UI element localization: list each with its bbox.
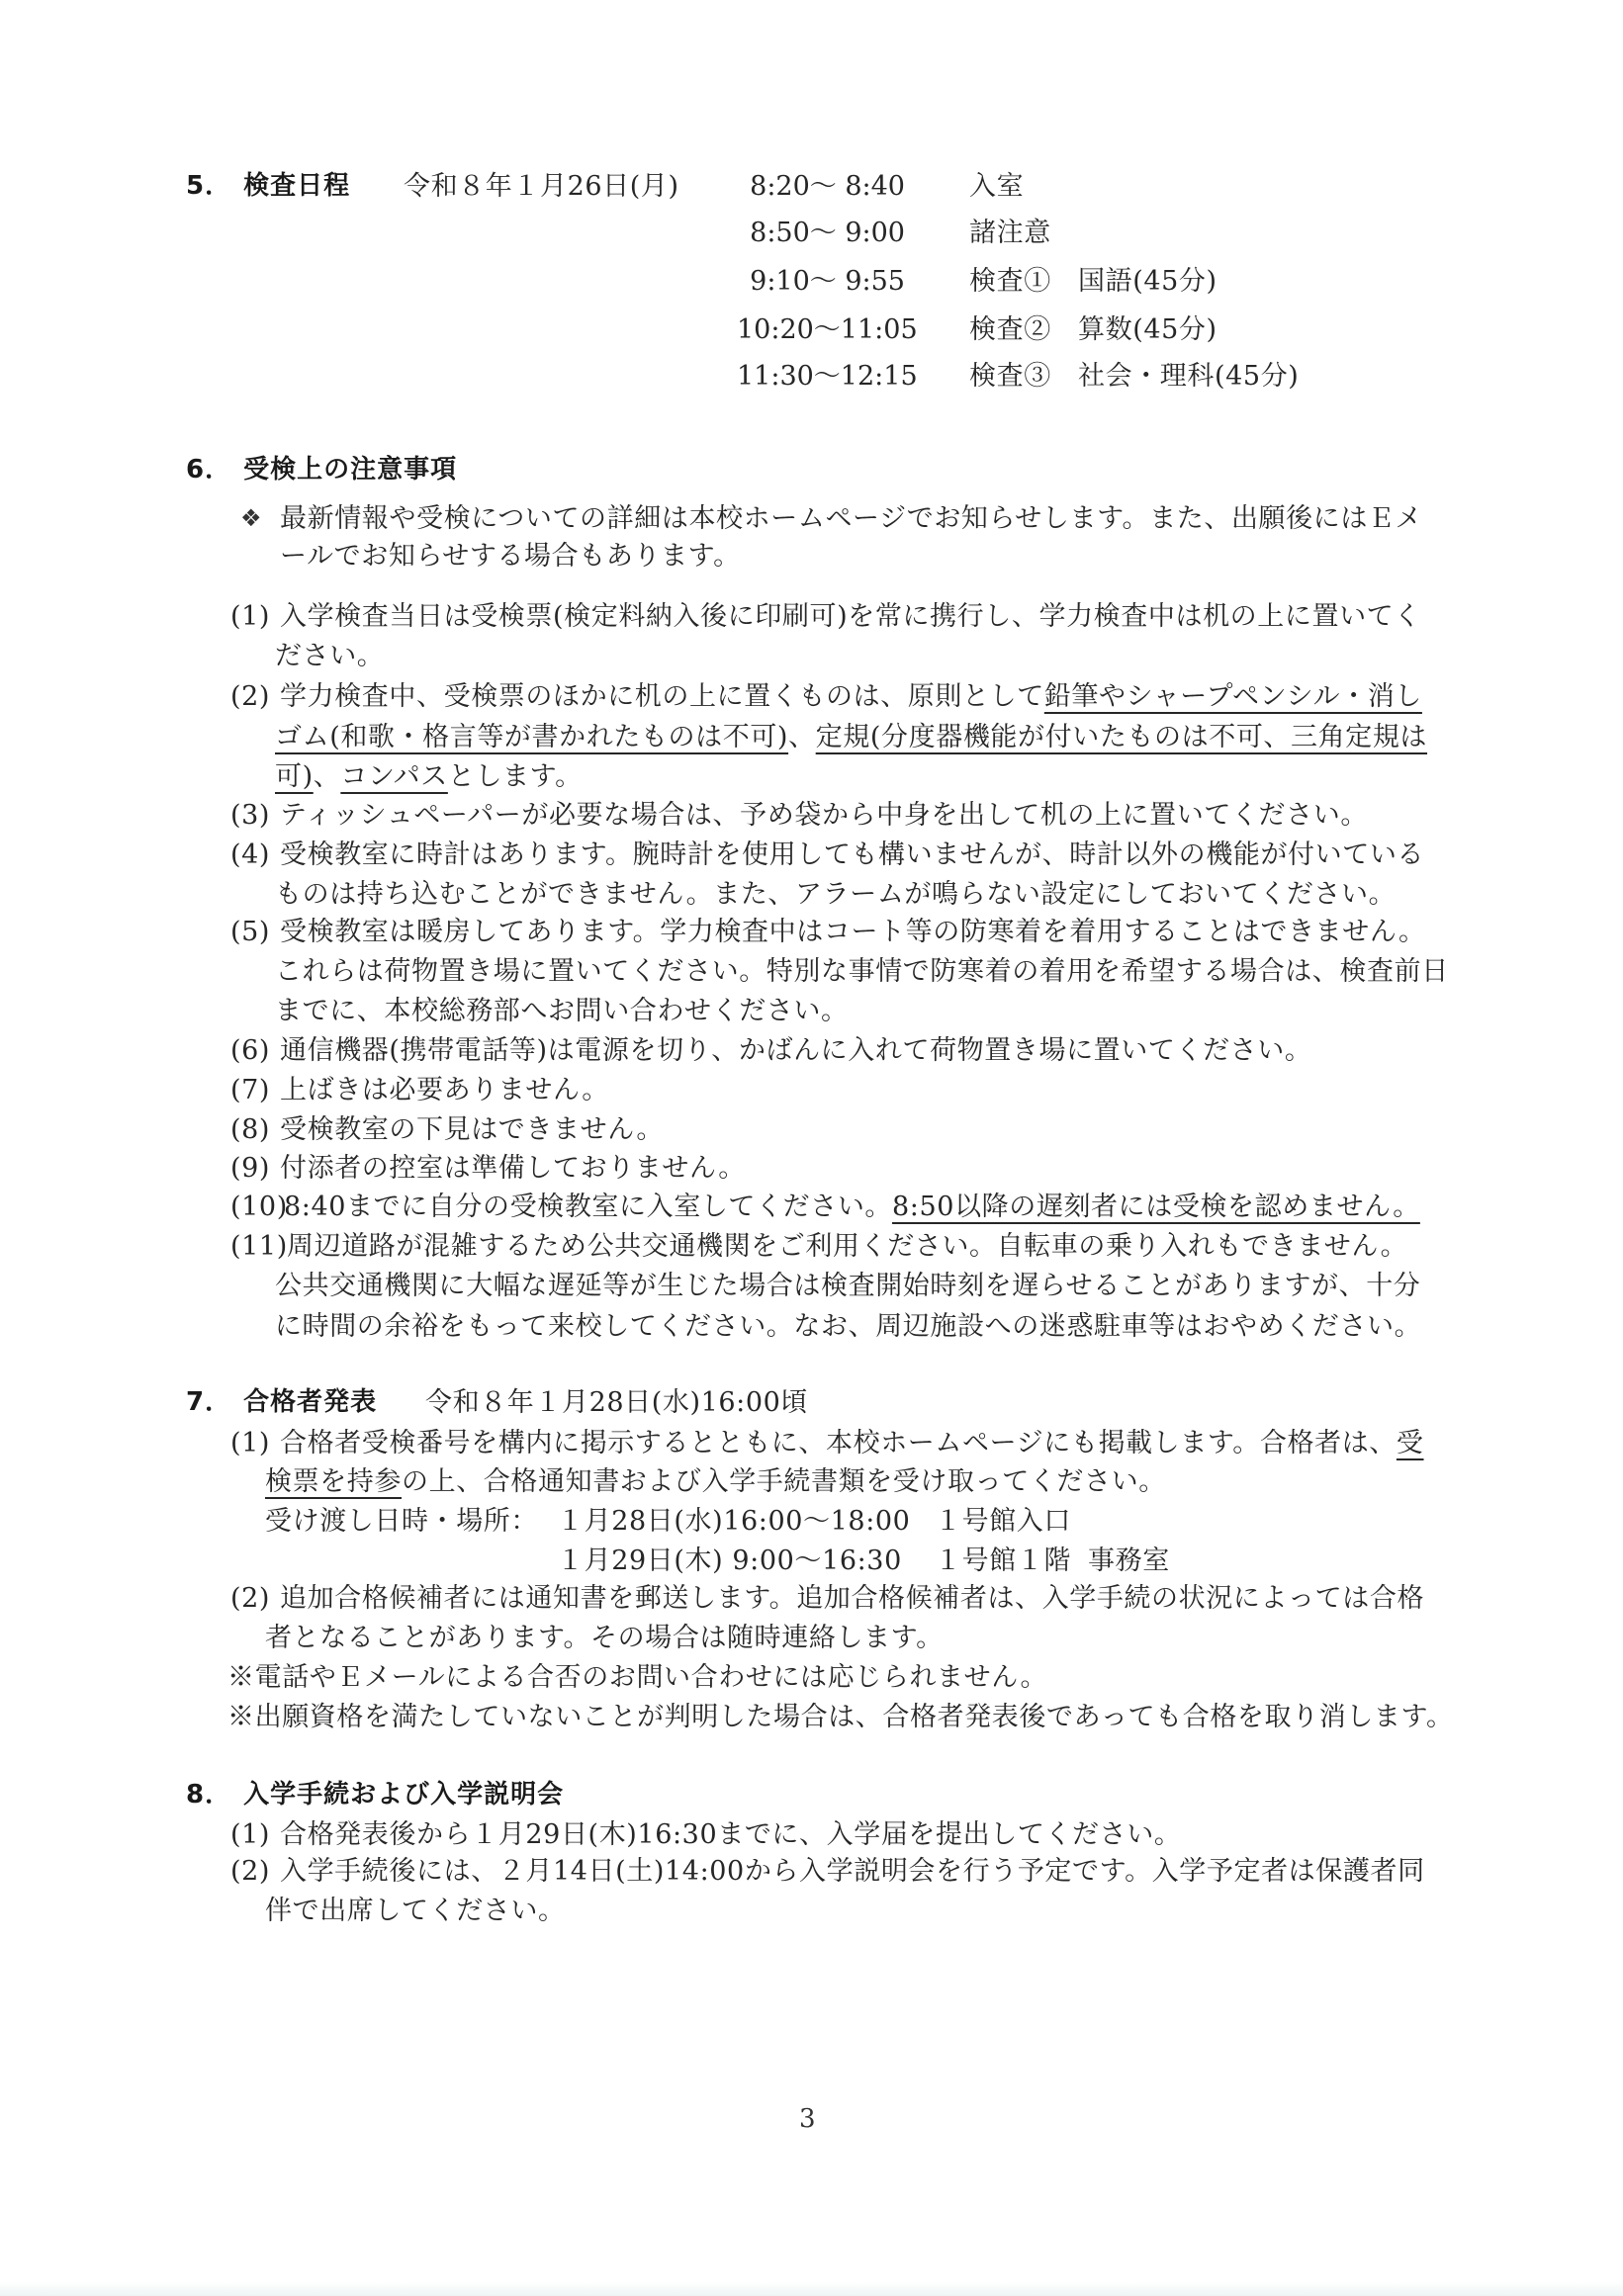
item-text: 8:40までに自分の受検教室に入室してください。8:50以降の遅刻者には受検を認… [284, 1193, 1420, 1220]
text-run: 学力検査中、受検票のほかに机の上に置くものは、原則として [280, 681, 1044, 712]
text-run: とします。 [448, 761, 583, 792]
item-text: 可)、コンパスとします。 [275, 763, 583, 790]
section-5-heading: 5．検査日程 [186, 173, 350, 199]
section-title: 受検上の注意事項 [243, 455, 457, 485]
item-text: 付添者の控室は準備しておりません。 [280, 1155, 746, 1182]
item-label: (2) [230, 683, 270, 710]
item-text: までに、本校総務部へお問い合わせください。 [275, 998, 849, 1024]
item-text: 検票を持参の上、合格通知書および入学手続書類を受け取ってください。 [265, 1468, 1166, 1495]
diamond-bullet-icon: ❖ [240, 506, 262, 530]
item-label: (4) [230, 841, 270, 868]
item-label: (10) [230, 1193, 288, 1220]
item-text: 追加合格候補者には通知書を郵送します。追加合格候補者は、入学手続の状況によっては… [280, 1585, 1424, 1612]
item-text: 公共交通機関に大幅な遅延等が生じた場合は検査開始時刻を遅らせることがありますが、… [275, 1273, 1420, 1299]
underlined-text: ゴム(和歌・格言等が書かれたものは不可) [275, 722, 788, 752]
item-text: 合格発表後から１月29日(木)16:30までに、入学届を提出してください。 [280, 1821, 1181, 1848]
text-run: 、 [788, 722, 816, 752]
note-text: ※出願資格を満たしていないことが判明した場合は、合格者発表後であっても合格を取り… [227, 1704, 1454, 1730]
handover-date: １月28日(水)16:00～18:00 [557, 1508, 910, 1535]
schedule-item: 入室 [969, 173, 1024, 200]
underlined-text: 受 [1397, 1428, 1424, 1458]
note-text: ※電話やＥメールによる合否のお問い合わせには応じられません。 [227, 1664, 1047, 1691]
item-text: 入学手続後には、２月14日(土)14:00から入学説明会を行う予定です。入学予定… [280, 1858, 1425, 1885]
schedule-item: 検査① [969, 268, 1051, 295]
item-text: 者となることがあります。その場合は随時連絡します。 [265, 1625, 944, 1651]
item-text: 入学検査当日は受検票(検定料納入後に印刷可)を常に携行し、学力検査中は机の上に置… [280, 603, 1421, 630]
handover-label: 受け渡し日時・場所： [265, 1508, 538, 1535]
item-label: (5) [230, 919, 270, 945]
schedule-subject: 社会・理科(45分) [1078, 363, 1299, 390]
item-text: 通信機器(携帯電話等)は電源を切り、かばんに入れて荷物置き場に置いてください。 [280, 1037, 1311, 1064]
schedule-subject: 国語(45分) [1078, 268, 1217, 295]
item-label: (8) [230, 1116, 270, 1143]
schedule-time: 9:10～ 9:55 [737, 268, 905, 295]
underlined-text: コンパス [340, 761, 448, 792]
handover-place: １号館１階 [935, 1547, 1071, 1574]
page-number: 3 [799, 2106, 816, 2132]
underlined-text: 鉛筆やシャープペンシル・消し [1044, 681, 1422, 712]
section-title: 検査日程 [243, 171, 350, 201]
item-text: 受検教室に時計はあります。腕時計を使用しても構いませんが、時計以外の機能が付いて… [280, 841, 1424, 868]
item-label: (11) [230, 1233, 288, 1260]
underlined-text: 検票を持参 [265, 1466, 402, 1497]
item-label: (2) [230, 1585, 270, 1612]
schedule-time: 10:20～11:05 [737, 316, 905, 343]
schedule-time: 11:30～12:15 [737, 363, 905, 390]
schedule-time: 8:20～ 8:40 [737, 173, 905, 200]
section-7-heading: 7．合格者発表 [186, 1389, 377, 1415]
schedule-item: 諸注意 [969, 220, 1051, 246]
section-number: 8． [186, 1780, 231, 1810]
item-label: (1) [230, 1821, 270, 1848]
section-number: 5． [186, 171, 231, 201]
item-text: 学力検査中、受検票のほかに机の上に置くものは、原則として鉛筆やシャープペンシル・… [280, 683, 1422, 710]
schedule-item: 検査③ [969, 363, 1051, 390]
notice-text: 最新情報や受検についての詳細は本校ホームページでお知らせします。また、出願後には… [280, 505, 1422, 532]
item-text: ものは持ち込むことができません。また、アラームが鳴らない設定にしておいてください… [275, 881, 1396, 908]
item-label: (2) [230, 1858, 270, 1885]
item-label: (3) [230, 802, 270, 829]
handover-room: 事務室 [1088, 1547, 1170, 1574]
handover-place: １号館入口 [935, 1508, 1071, 1535]
section-title: 入学手続および入学説明会 [243, 1780, 564, 1810]
item-label: (1) [230, 603, 270, 630]
schedule-subject: 算数(45分) [1078, 316, 1217, 343]
item-text: 受検教室の下見はできません。 [280, 1116, 664, 1143]
schedule-time: 8:50～ 9:00 [737, 220, 905, 246]
item-text: 周辺道路が混雑するため公共交通機関をご利用ください。自転車の乗り入れもできません… [287, 1233, 1407, 1260]
text-run: 、 [314, 761, 341, 792]
scan-edge [0, 2282, 1623, 2296]
item-text: 合格者受検番号を構内に掲示するとともに、本校ホームページにも掲載します。合格者は… [280, 1430, 1424, 1457]
section-number: 7． [186, 1387, 231, 1417]
exam-date: 令和８年１月26日(月) [404, 173, 679, 200]
section-number: 6． [186, 455, 231, 485]
item-text: ティッシュペーパーが必要な場合は、予め袋から中身を出して机の上に置いてください。 [280, 802, 1368, 829]
underlined-text: 可) [275, 761, 314, 792]
announcement-date: 令和８年１月28日(水)16:00頃 [425, 1389, 808, 1416]
text-run: の上、合格通知書および入学手続書類を受け取ってください。 [402, 1466, 1166, 1497]
item-text: ゴム(和歌・格言等が書かれたものは不可)、定規(分度器機能が付いたものは不可、三… [275, 724, 1427, 751]
item-text: 上ばきは必要ありません。 [280, 1077, 609, 1104]
schedule-item: 検査② [969, 316, 1051, 343]
underlined-text: 定規(分度器機能が付いたものは不可、三角定規は [816, 722, 1427, 752]
item-label: (7) [230, 1077, 270, 1104]
handover-date: １月29日(木) 9:00～16:30 [557, 1547, 902, 1574]
notice-text: ールでお知らせする場合もあります。 [280, 543, 741, 570]
item-text: に時間の余裕をもって来校してください。なお、周辺施設への迷惑駐車等はおやめくださ… [275, 1313, 1421, 1340]
text-run: 8:40までに自分の受検教室に入室してください。 [284, 1192, 892, 1222]
item-text: 受検教室は暖房してあります。学力検査中はコート等の防寒着を着用することはできませ… [280, 919, 1426, 945]
section-title: 合格者発表 [243, 1387, 377, 1417]
section-6-heading: 6．受検上の注意事項 [186, 457, 457, 483]
underlined-text: 8:50以降の遅刻者には受検を認めません。 [892, 1192, 1420, 1222]
section-8-heading: 8．入学手続および入学説明会 [186, 1782, 564, 1808]
item-label: (9) [230, 1155, 270, 1182]
item-text: ださい。 [275, 643, 384, 669]
document-page: 5．検査日程 令和８年１月26日(月) 8:20～ 8:40 入室 8:50～ … [0, 0, 1623, 2296]
item-label: (1) [230, 1430, 270, 1457]
item-text: これらは荷物置き場に置いてください。特別な事情で防寒着の着用を希望する場合は、検… [275, 958, 1449, 985]
text-run: 合格者受検番号を構内に掲示するとともに、本校ホームページにも掲載します。合格者は… [280, 1428, 1397, 1458]
item-label: (6) [230, 1037, 270, 1064]
item-text: 伴で出席してください。 [265, 1898, 566, 1924]
